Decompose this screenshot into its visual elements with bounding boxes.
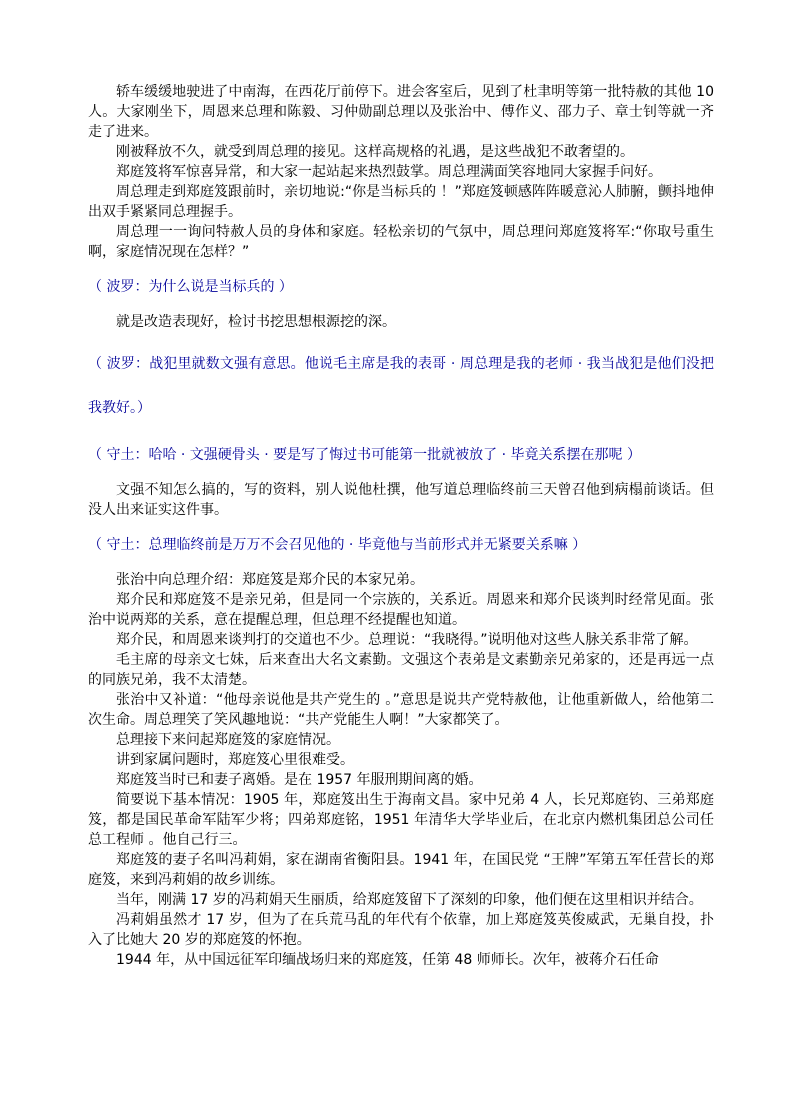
body-paragraph: 张治中又补道：“他母亲说他是共产党生的 。”意思是说共产党特赦他，让他重新做人，…	[88, 690, 714, 730]
body-paragraph: 郑庭笈的妻子名叫冯莉娟，家在湖南省衡阳县。1941 年，在国民党 “王牌”军第五…	[88, 850, 714, 890]
body-paragraph: 当年，刚满 17 岁的冯莉娟天生丽质，给郑庭笈留下了深刻的印象，他们便在这里相识…	[88, 890, 714, 910]
body-paragraph: 张治中向总理介绍：郑庭笈是郑介民的本家兄弟。	[88, 570, 714, 590]
body-paragraph: 总理接下来问起郑庭笈的家庭情况。	[88, 730, 714, 750]
body-paragraph: 周总理一一询问特赦人员的身体和家庭。轻松亲切的气氛中，周总理问郑庭笈将军:“你取…	[88, 222, 714, 262]
body-paragraph: 刚被释放不久，就受到周总理的接见。这样高规格的礼遇，是这些战犯不敢奢望的。	[88, 142, 714, 162]
annotation-paragraph: （ 守土：哈哈 · 文强硬骨头 · 要是写了悔过书可能第一批就被放了 · 毕竟关…	[88, 445, 714, 465]
body-paragraph: 郑庭笈当时已和妻子离婚。是在 1957 年服刑期间离的婚。	[88, 770, 714, 790]
body-paragraph: 1944 年，从中国远征军印缅战场归来的郑庭笈，任第 48 师师长。次年，被蒋介…	[88, 950, 714, 970]
body-paragraph: 郑介民，和周恩来谈判打的交道也不少。总理说：“我晓得。”说明他对这些人脉关系非常…	[88, 630, 714, 650]
body-paragraph: 冯莉娟虽然才 17 岁，但为了在兵荒马乱的年代有个依靠，加上郑庭笈英俊威武，无巢…	[88, 910, 714, 950]
annotation-paragraph: （ 波罗：为什么说是当标兵的 ）	[88, 277, 714, 297]
paragraph-list: 轿车缓缓地驶进了中南海，在西花厅前停下。进会客室后，见到了杜聿明等第一批特赦的其…	[88, 82, 714, 970]
body-paragraph: 讲到家属问题时，郑庭笈心里很难受。	[88, 750, 714, 770]
annotation-paragraph: （ 波罗：战犯里就数文强有意思。他说毛主席是我的表哥 · 周总理是我的老师 · …	[88, 342, 714, 430]
body-paragraph: 轿车缓缓地驶进了中南海，在西花厅前停下。进会客室后，见到了杜聿明等第一批特赦的其…	[88, 82, 714, 142]
body-paragraph: 郑庭笈将军惊喜异常，和大家一起站起来热烈鼓掌。周总理满面笑容地同大家握手问好。	[88, 162, 714, 182]
body-paragraph: 周总理走到郑庭笈跟前时，亲切地说:“你是当标兵的 ！”郑庭笈顿感阵阵暖意沁人肺腑…	[88, 182, 714, 222]
annotation-paragraph: （ 守土：总理临终前是万万不会召见他的 · 毕竟他与当前形式并无紧要关系嘛 ）	[88, 535, 714, 555]
body-paragraph: 郑介民和郑庭笈不是亲兄弟，但是同一个宗族的，关系近。周恩来和郑介民谈判时经常见面…	[88, 590, 714, 630]
document-page: 轿车缓缓地驶进了中南海，在西花厅前停下。进会客室后，见到了杜聿明等第一批特赦的其…	[0, 0, 800, 1100]
body-paragraph: 文强不知怎么搞的，写的资料，别人说他杜撰，他写道总理临终前三天曾召他到病榻前谈话…	[88, 480, 714, 520]
body-paragraph: 简要说下基本情况：1905 年，郑庭笈出生于海南文昌。家中兄弟 4 人，长兄郑庭…	[88, 790, 714, 850]
body-paragraph: 毛主席的母亲文七妹，后来查出大名文素勤。文强这个表弟是文素勤亲兄弟家的，还是再远…	[88, 650, 714, 690]
body-paragraph: 就是改造表现好，检讨书挖思想根源挖的深。	[88, 312, 714, 332]
